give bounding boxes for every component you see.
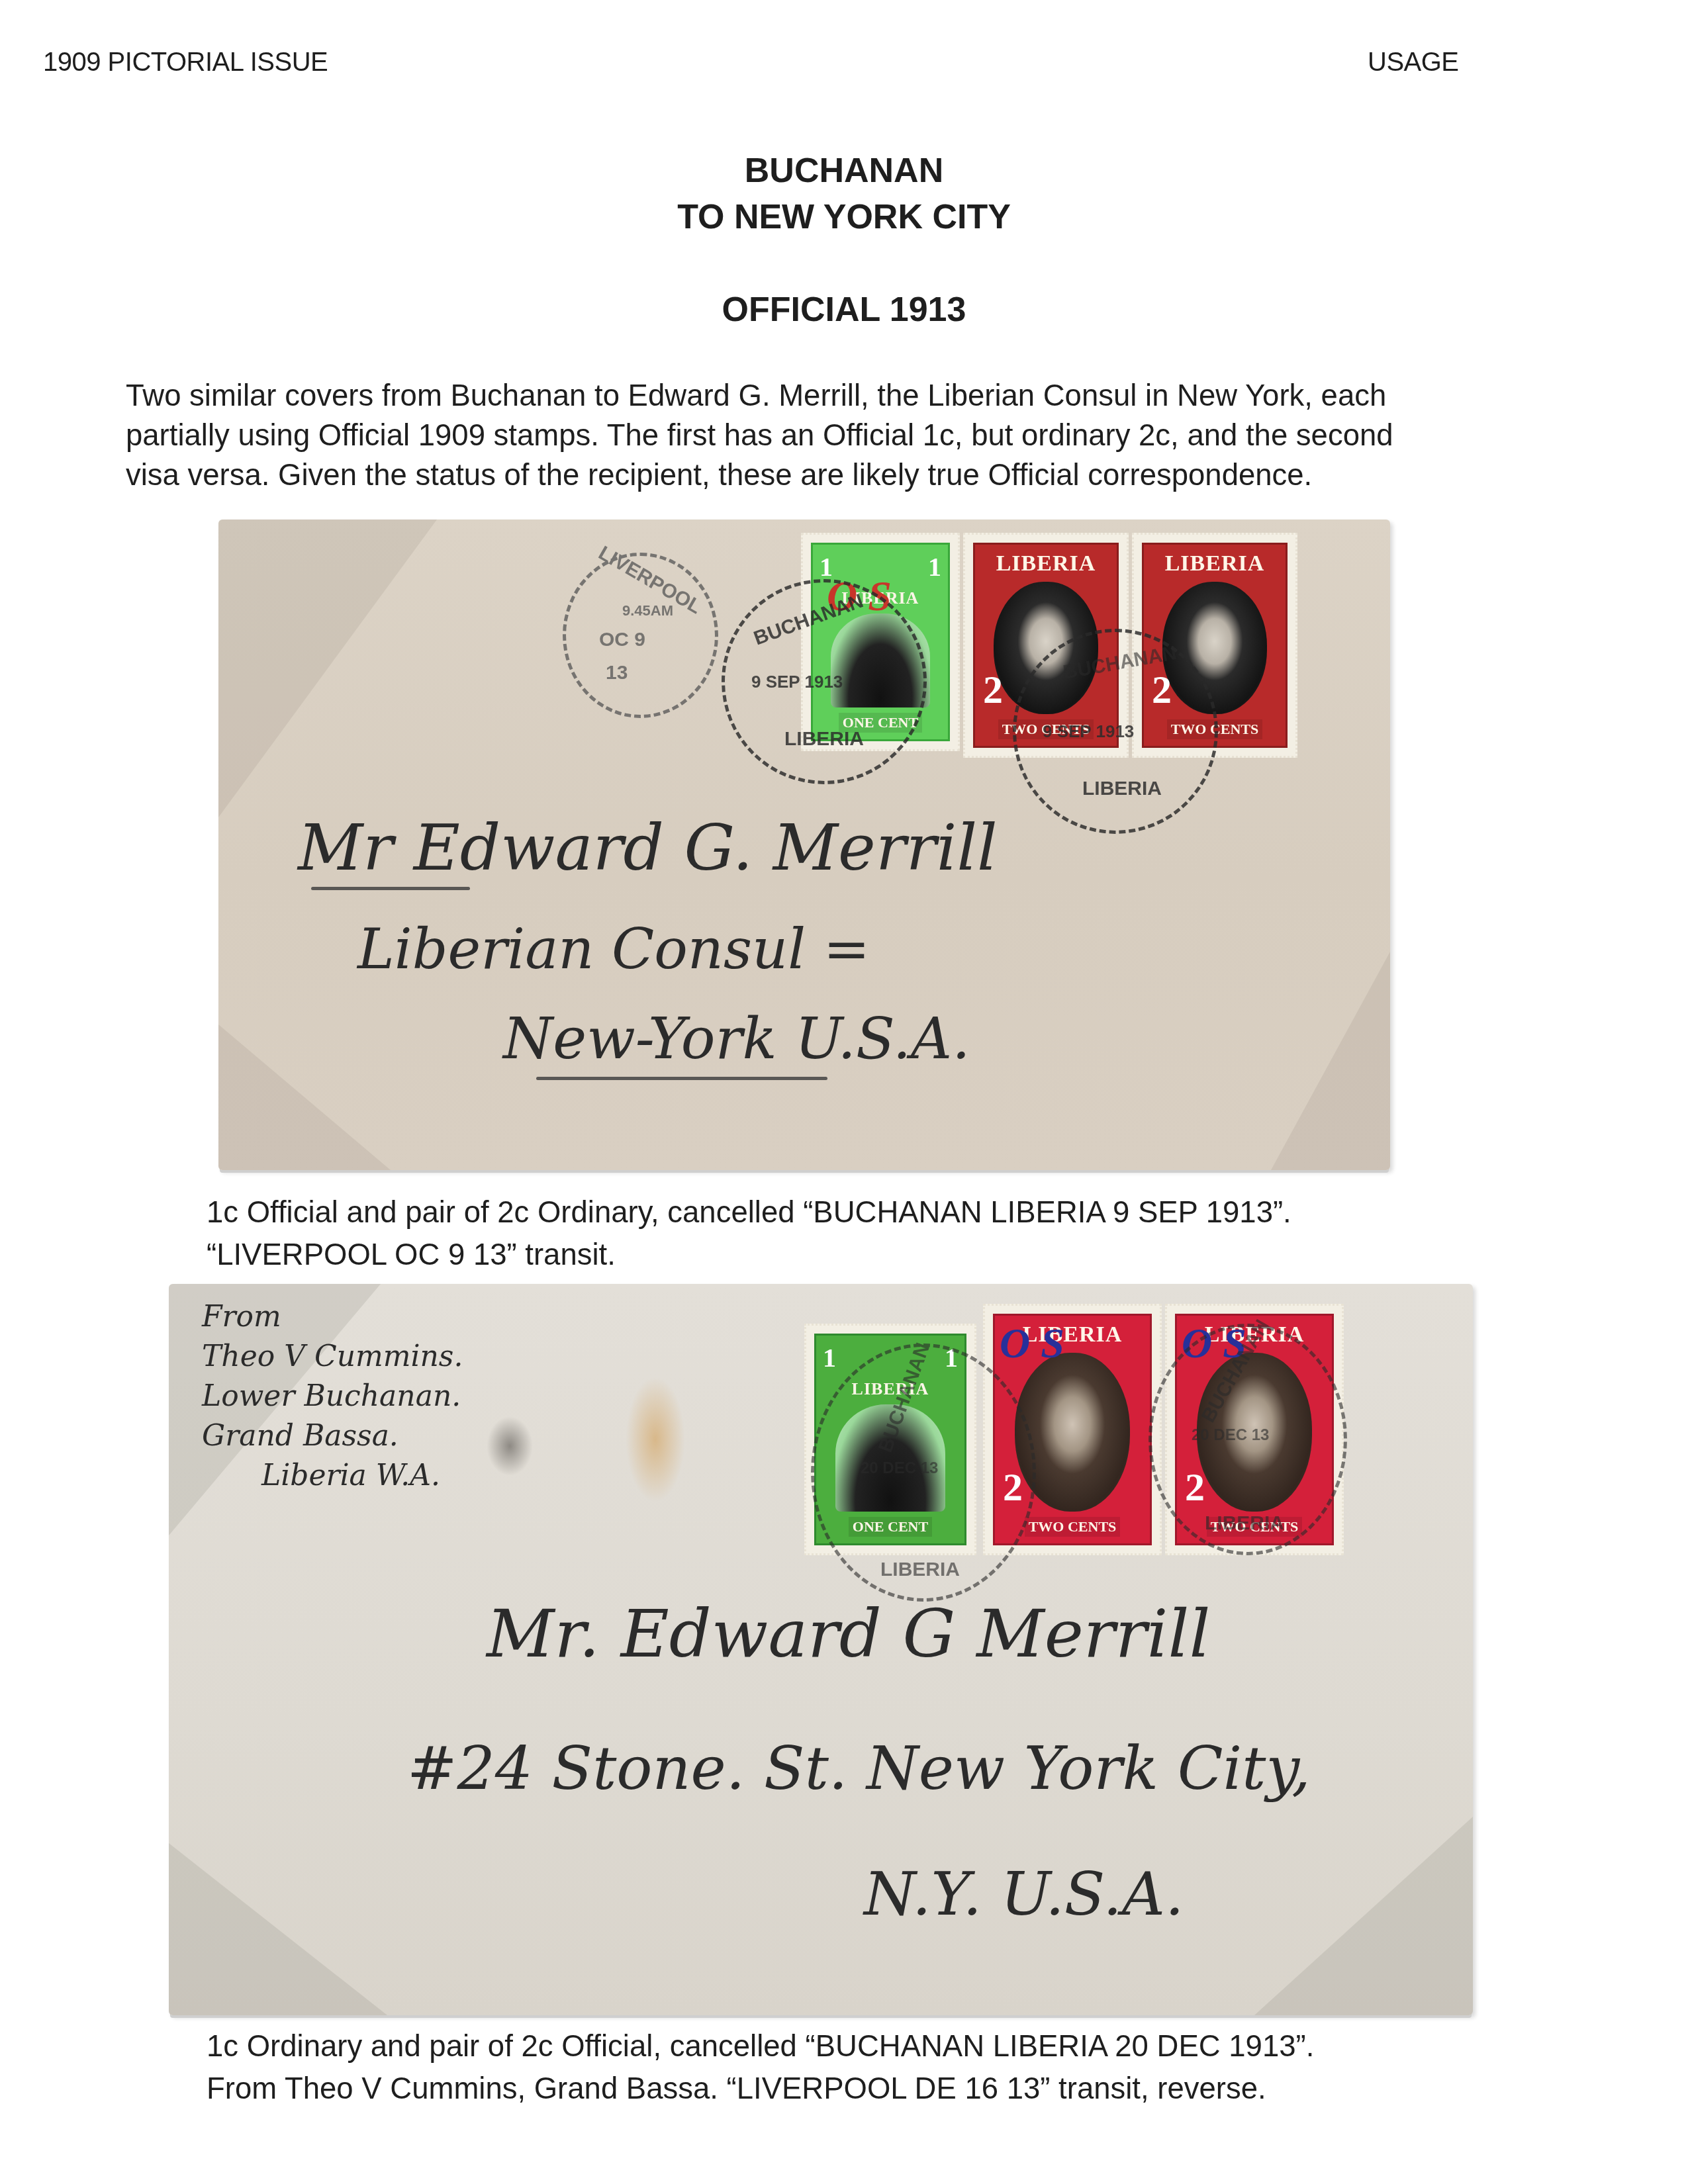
ink-smudge	[487, 1416, 533, 1476]
page-title-line2: TO NEW YORK CITY	[0, 197, 1688, 237]
postmark-text: LIBERIA	[1082, 778, 1162, 800]
official-overprint: O S	[1000, 1319, 1064, 1368]
postmark-text: 20 DEC 13	[861, 1459, 938, 1478]
postmark-text: LIBERIA	[1205, 1512, 1284, 1535]
cover-1-caption: 1c Official and pair of 2c Ordinary, can…	[207, 1191, 1530, 1276]
intro-line: Two similar covers from Buchanan to Edwa…	[126, 376, 1582, 416]
address-line-city: New-York U.S.A.	[503, 1006, 970, 1072]
buchanan-postmark: BUCHANAN 9 SEP 1913 LIBERIA	[722, 579, 927, 784]
address-line-title: Liberian Consul =	[357, 917, 870, 981]
address-line-name: Mr Edward G. Merrill	[298, 811, 998, 885]
sender-line: Theo V Cummins.	[202, 1337, 463, 1377]
postmark-text: 13	[606, 662, 628, 684]
caption-line: 1c Ordinary and pair of 2c Official, can…	[207, 2025, 1530, 2068]
envelope-flap-shadow	[1254, 1817, 1473, 2015]
stamp-denomination: TWO CENTS	[1025, 1517, 1121, 1537]
cover-1-image: 1 1 LIBERIA ONE CENT O S LIBERIA 2 TWO C…	[218, 520, 1390, 1170]
sender-line: From	[202, 1297, 463, 1337]
address-line-country: N.Y. U.S.A.	[864, 1860, 1184, 1929]
envelope-flap-shadow	[169, 1843, 387, 2015]
toning-stain	[626, 1377, 685, 1502]
page-title-line1: BUCHANAN	[0, 151, 1688, 191]
postmark-text: 20 DEC 13	[1192, 1426, 1269, 1445]
caption-line: 1c Official and pair of 2c Ordinary, can…	[207, 1191, 1530, 1234]
stamp-country: LIBERIA	[1165, 551, 1265, 576]
page-header-section: 1909 PICTORIAL ISSUE	[43, 48, 328, 77]
buchanan-postmark: BUCHANAN 20 DEC 13 LIBERIA	[811, 1343, 1036, 1602]
sender-line: Liberia W.A.	[202, 1456, 463, 1496]
cover-2-image: From Theo V Cummins. Lower Buchanan. Gra…	[169, 1284, 1473, 2015]
liverpool-postmark: LIVERPOOL 9.45AM OC 9 13	[563, 553, 718, 718]
envelope-flap-shadow	[218, 520, 437, 817]
intro-line: partially using Official 1909 stamps. Th…	[126, 416, 1582, 455]
stamp-value: 1	[823, 1342, 836, 1373]
stamp-country: LIBERIA	[996, 551, 1096, 576]
stamp-value: 2	[983, 667, 1003, 713]
handwritten-underline	[311, 887, 470, 890]
buchanan-postmark: BUCHANAN 20 DEC 13 LIBERIA	[1149, 1324, 1347, 1555]
sender-line: Lower Buchanan.	[202, 1377, 463, 1416]
sender-address: From Theo V Cummins. Lower Buchanan. Gra…	[202, 1297, 463, 1496]
postmark-text: BUCHANAN	[874, 1340, 935, 1456]
address-line-street: #24 Stone. St. New York City,	[407, 1734, 1311, 1803]
sender-line: Grand Bassa.	[202, 1416, 463, 1456]
stamp-value: 1	[928, 551, 941, 582]
buchanan-postmark: BUCHANAN 9 SEP 1913 LIBERIA	[1013, 629, 1218, 834]
postmark-text: 9.45AM	[622, 602, 673, 619]
envelope-flap-shadow	[218, 1024, 391, 1170]
postmark-text: LIBERIA	[784, 728, 864, 751]
postmark-text: 9 SEP 1913	[1043, 721, 1134, 742]
postmark-text: BUCHANAN	[1061, 642, 1178, 684]
page-subtitle: OFFICIAL 1913	[0, 290, 1688, 330]
caption-line: “LIVERPOOL OC 9 13” transit.	[207, 1234, 1530, 1276]
postmark-text: BUCHANAN	[1197, 1316, 1274, 1426]
address-line-name: Mr. Edward G Merrill	[487, 1595, 1210, 1672]
postmark-text: OC 9	[599, 629, 645, 651]
handwritten-underline	[536, 1077, 827, 1080]
intro-line: visa versa. Given the status of the reci…	[126, 455, 1582, 495]
postmark-text: LIBERIA	[880, 1559, 960, 1581]
envelope-flap-shadow	[1271, 952, 1390, 1170]
page-header-category: USAGE	[1368, 48, 1459, 77]
cover-2-caption: 1c Ordinary and pair of 2c Official, can…	[207, 2025, 1530, 2110]
postmark-text: BUCHANAN	[751, 590, 867, 650]
postmark-text: 9 SEP 1913	[751, 672, 843, 692]
intro-paragraph: Two similar covers from Buchanan to Edwa…	[126, 376, 1582, 495]
caption-line: From Theo V Cummins, Grand Bassa. “LIVER…	[207, 2068, 1530, 2110]
